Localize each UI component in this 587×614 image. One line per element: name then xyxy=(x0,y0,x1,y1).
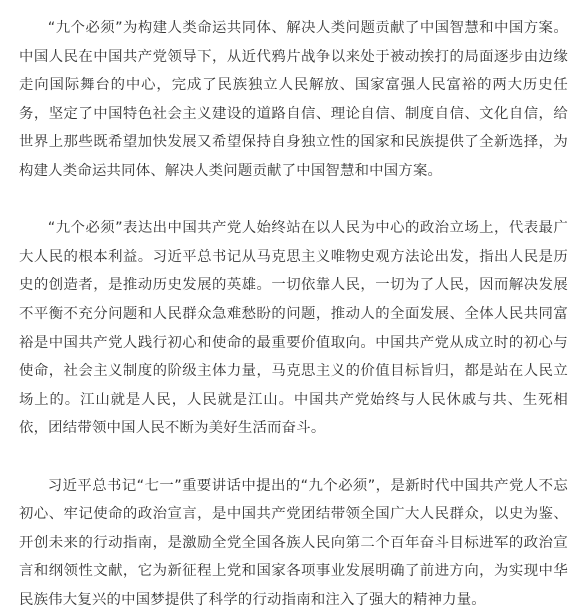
article-body: “九个必须”为构建人类命运共同体、解决人类问题贡献了中国智慧和中国方案。中国人民… xyxy=(19,14,568,614)
paragraph-nine-musts-contribution: “九个必须”为构建人类命运共同体、解决人类问题贡献了中国智慧和中国方案。中国人民… xyxy=(19,14,568,186)
paragraph-people-centered: “九个必须”表达出中国共产党人始终站在以人民为中心的政治立场上，代表最广大人民的… xyxy=(19,214,568,443)
paragraph-political-declaration: 习近平总书记“七一”重要讲话中提出的“九个必须”，是新时代中国共产党人不忘初心、… xyxy=(19,472,568,614)
